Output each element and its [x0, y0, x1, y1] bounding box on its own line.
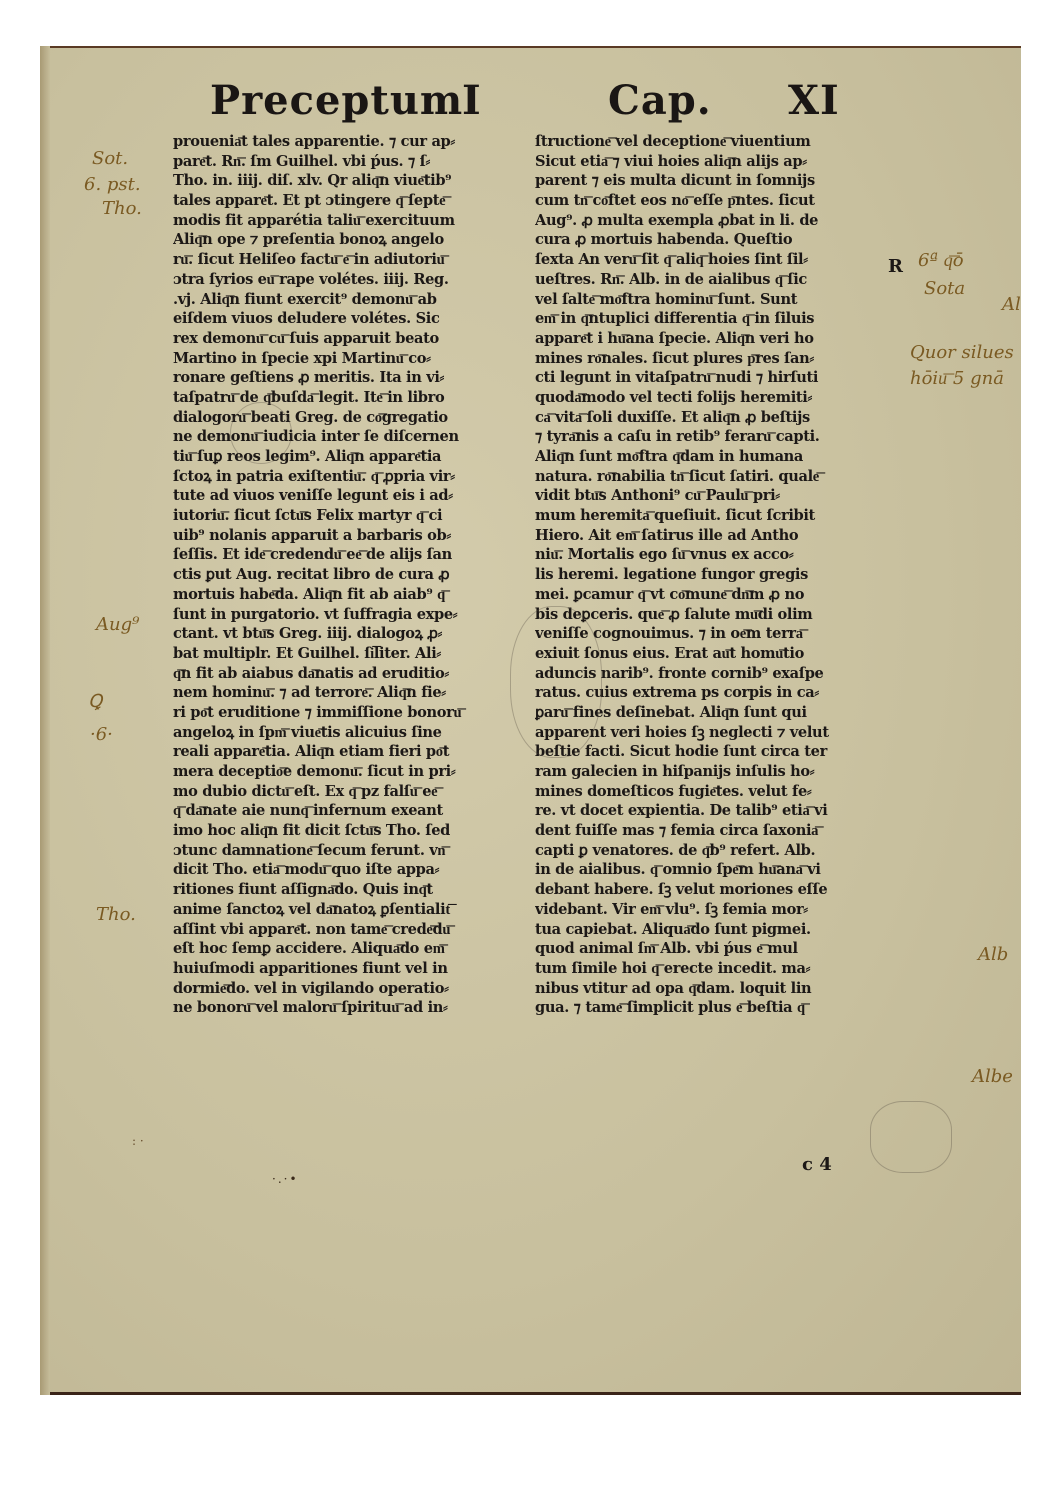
text-line: debant habere. ſꝫ velut moriones eſſe: [535, 880, 885, 900]
text-line: aſſint vbi appare͞t. non tame͞ crede͞du͞: [173, 920, 517, 940]
marginal-note: ·6·: [90, 724, 113, 746]
text-line: mortuis habe͞da. Aliq͞n fit ab aiab⁹ q͞: [173, 585, 517, 605]
text-line: ronare geſtiens ꝓ meritis. Ita in vi⸗: [173, 368, 517, 388]
text-line: .vj. Aliq͞n fiunt exercit⁹ demonu͞ ab: [173, 290, 517, 310]
text-line: rex demonu͞ cu͞ ſuis apparuit beato: [173, 329, 517, 349]
marginal-note: Ꝗ: [88, 691, 102, 713]
text-line: tales appare͞t. Et pt ɔtingere q͞ ſepte͞: [173, 191, 517, 211]
text-line: cti legunt in vitaſpatru͞ nudi ⁊ hirſuti: [535, 368, 885, 388]
running-head-left: Preceptum: [210, 76, 463, 126]
text-line: q͞n fit ab aiabus da͞natis ad eruditio⸗: [173, 664, 517, 684]
text-line: dormie͞do. vel in vigilando operatio⸗: [173, 979, 517, 999]
text-line: ɔtunc damnatione͞ ſecum ferunt. vn͞: [173, 841, 517, 861]
text-line: dent fuiſſe mas ⁊ femia circa ſaxonia͞: [535, 821, 885, 841]
marginal-note: Quor silues: [910, 342, 1014, 364]
text-line: Aug⁹. ꝓ multa exempla ꝓbat in li. de: [535, 211, 885, 231]
text-line: Aliq͞n ope ⁊ preſentia bonoꝝ angelo: [173, 230, 517, 250]
text-line: reali appare͞tia. Aliq͞n etiam fieri po͞…: [173, 742, 517, 762]
text-line: ſunt in purgatorio. vt ſuffragia expe⸗: [173, 605, 517, 625]
text-line: Martino in ſpecie xpi Martinu͞ co⸗: [173, 349, 517, 369]
text-line: ſeſſis. Et ide͞ credendu͞ ee͞ de alijs ſ…: [173, 545, 517, 565]
text-line: anime ſanctoꝝ vel da͞natoꝝ ꝑſentialit͞: [173, 900, 517, 920]
marginal-note: Tho.: [102, 198, 142, 220]
marginal-note: Aug⁹: [96, 614, 139, 636]
running-head: Preceptum I Cap. XI: [40, 76, 1021, 136]
text-line: eiſdem viuos deludere volétes. Sic: [173, 309, 517, 329]
text-line: tum ſimile hoi q͞ erecte incedit. ma⸗: [535, 959, 885, 979]
text-line: modis fit apparétia taliu͞ exercituum: [173, 211, 517, 231]
marginal-note: 6. pst.: [84, 174, 141, 196]
text-line: tute ad viuos veniſſe legunt eis i ad⸗: [173, 486, 517, 506]
running-head-right: Cap.: [608, 76, 712, 126]
text-line: mum heremita͞ queſiuit. ſicut ſcribit: [535, 506, 885, 526]
text-line: em͞ in q͞ntuplici differentia q͞ in ſilu…: [535, 309, 885, 329]
text-line: q͞ da͞nate aie nunq͞ infernum exeant: [173, 801, 517, 821]
text-line: prouenia͞t tales apparentie. ⁊ cur ap⸗: [173, 132, 517, 152]
text-line: lis heremi. legatione fungor gregis: [535, 565, 885, 585]
marginal-note: hōiu͞ 5 gnā: [910, 368, 1004, 390]
text-line: imo hoc aliq͞n fit dicit ſctu͞s Tho. ſed: [173, 821, 517, 841]
text-line: pare͞t. Rn͞. ſm Guilhel. vbi ṕus. ⁊ ſ⸗: [173, 152, 517, 172]
stamp-mark: [870, 1101, 952, 1173]
text-line: huiuſmodi apparitiones fiunt vel in: [173, 959, 517, 979]
ink-specks: ·.·•: [272, 1172, 299, 1186]
running-head-right-number: XI: [788, 76, 840, 126]
text-line: beſtie facti. Sicut hodie ſunt circa ter: [535, 742, 885, 762]
text-line: vel ſalte͞ mo͞ſtra hominu͞ ſunt. Sunt: [535, 290, 885, 310]
text-line: cura ꝓ mortuis habenda. Queſtio: [535, 230, 885, 250]
text-line: ru͞. ſicut Heliſeo factu͞ e͞ in adiutori…: [173, 250, 517, 270]
marginal-note: Alb: [978, 944, 1008, 966]
text-line: mo dubio dictu͞ eſt. Ex q͞ pz falſu͞ ee͞: [173, 782, 517, 802]
text-line: ctant. vt btu͞s Greg. iiij. dialogoꝝ ꝓ⸗: [173, 624, 517, 644]
running-head-left-number: I: [462, 76, 482, 126]
text-line: Hiero. Ait em͞ ſatirus ille ad Antho: [535, 526, 885, 546]
text-line: eſt hoc ſemꝑ accidere. Aliqua͞do em͞: [173, 939, 517, 959]
text-column-left: prouenia͞t tales apparentie. ⁊ cur ap⸗pa…: [173, 132, 517, 1018]
ink-specks-left: : ·: [132, 1134, 144, 1148]
text-line: nibus vtitur ad opa q͞dam. loquit lin: [535, 979, 885, 999]
text-line: tiu͞ ſuꝑ reos legim⁹. Aliq͞n appare͞tia: [173, 447, 517, 467]
text-line: ri po͞t eruditione ⁊ immiſſione bonoru͞: [173, 703, 517, 723]
page-gutter: [40, 46, 50, 1395]
text-line: in de aialibus. q͞ omnio ſpe͞m hu͞ana͞ v…: [535, 860, 885, 880]
text-line: mines ro͞nales. ſicut plures p͞res ſan⸗: [535, 349, 885, 369]
text-line: bis deꝑceris. que͞ ꝓ ſalute mu͞di olim: [535, 605, 885, 625]
text-line: ɔtra ſyrios eu͞ rape volétes. iiij. Reg.: [173, 270, 517, 290]
text-line: cum tn͞ co͞ſtet eos no͞ eſſe p͞ntes. ſic…: [535, 191, 885, 211]
text-line: ram galecien in hiſpanijs inſulis ho⸗: [535, 762, 885, 782]
marginal-note: Albe: [972, 1066, 1013, 1088]
text-line: Aliq͞n ſunt mo͞ſtra q͞dam in humana: [535, 447, 885, 467]
marginal-note: Sota: [924, 278, 965, 300]
text-line: vidit btu͞s Anthoni⁹ cu͞ Paulu͞ pri⸗: [535, 486, 885, 506]
text-line: videbant. Vir em͞ vlu⁹. ſꝫ femia mor⸗: [535, 900, 885, 920]
text-line: quoda͞modo vel tecti folijs heremiti⸗: [535, 388, 885, 408]
book-page: Preceptum I Cap. XI prouenia͞t tales app…: [40, 46, 1021, 1395]
text-line: dicit Tho. etia͞ modu͞ quo iſte appa⸗: [173, 860, 517, 880]
text-line: nem hominu͞. ⁊ ad terrore͞. Aliq͞n fie⸗: [173, 683, 517, 703]
marginal-note: 6ª q͞ō: [918, 250, 964, 272]
text-line: Tho. in. iiij. diſ. xlv. Qr aliq͞n viue͞…: [173, 171, 517, 191]
text-line: ne demonu͞ iudicia inter ſe diſcernen: [173, 427, 517, 447]
text-line: mera deceptio͞e demonu͞. ſicut in pri⸗: [173, 762, 517, 782]
text-line: ſctoꝝ in patria exiſtentiu͞. q͞ ꝓpria vi…: [173, 467, 517, 487]
text-line: iutoriu͞. ſicut ſctu͞s Felix martyr q͞ c…: [173, 506, 517, 526]
text-line: uib⁹ nolanis apparuit a barbaris ob⸗: [173, 526, 517, 546]
text-line: appare͞t i hu͞ana ſpecie. Aliq͞n veri ho: [535, 329, 885, 349]
text-line: niu͞. Mortalis ego ſu͞ vnus ex acco⸗: [535, 545, 885, 565]
marginal-note: Sot.: [92, 148, 128, 170]
text-line: ſexta An veru͞ ſit q͞ aliq͞ hoies ſint ſ…: [535, 250, 885, 270]
stamp-mark: [510, 606, 602, 758]
marginal-note: R: [888, 256, 903, 278]
marginal-note: Tho.: [96, 904, 136, 926]
text-line: ne bonoru͞ vel maloru͞ ſpirituu͞ ad in⸗: [173, 998, 517, 1018]
text-line: mines domeſticos fugie͞tes. velut fe⸗: [535, 782, 885, 802]
text-line: capti ꝑ venatores. de q͞b⁹ refert. Alb.: [535, 841, 885, 861]
text-line: mei. ꝑcamur q͞ vt co͞mune͞ dn͞m ꝓ no: [535, 585, 885, 605]
stamp-mark: [230, 402, 292, 464]
signature-mark: c 4: [802, 1154, 832, 1175]
text-line: quod animal ſm͞ Alb. vbi ṕus e͞ mul: [535, 939, 885, 959]
text-line: dialogoru͞ beati Greg. de co͞gregatio: [173, 408, 517, 428]
text-line: taſpatru͞ de q͞buſda͞ legit. Ite͞ in lib…: [173, 388, 517, 408]
text-line: natura. ro͞nabilia tn͞ ſicut ſatiri. qua…: [535, 467, 885, 487]
text-line: tua capiebat. Aliqua͞do ſunt pigmei.: [535, 920, 885, 940]
text-line: ritiones fiunt aſſigna͞do. Quis inq͞t: [173, 880, 517, 900]
text-line: angeloꝝ in ſpm͞ viue͞tis alicuius ſine: [173, 723, 517, 743]
text-line: ſtructione͞ vel deceptione͞ viuentium: [535, 132, 885, 152]
text-line: re. vt docet expientia. De talib⁹ etia͞ …: [535, 801, 885, 821]
text-line: Sicut etia͞ ⁊ viui hoies aliq͞n alijs ap…: [535, 152, 885, 172]
text-line: gua. ⁊ tame͞ ſimplicit plus e͞ beſtia q͞: [535, 998, 885, 1018]
text-column-right: ſtructione͞ vel deceptione͞ viuentiumSic…: [535, 132, 885, 1018]
text-line: ca͞ vita͞ ſoli duxiſſe. Et aliq͞n ꝓ beſt…: [535, 408, 885, 428]
text-line: bat multiplr. Et Guilhel. ſi͞liter. Ali⸗: [173, 644, 517, 664]
text-line: ⁊ tyra͞nis a caſu in retib⁹ feraru͞ capt…: [535, 427, 885, 447]
marginal-note: Al: [1002, 294, 1021, 316]
text-line: parent ⁊ eis multa dicunt in ſomnijs: [535, 171, 885, 191]
text-line: ctis ꝑut Aug. recitat libro de cura ꝓ: [173, 565, 517, 585]
text-line: ueſtres. Rn͞. Alb. in de aialibus q͞ ſic: [535, 270, 885, 290]
